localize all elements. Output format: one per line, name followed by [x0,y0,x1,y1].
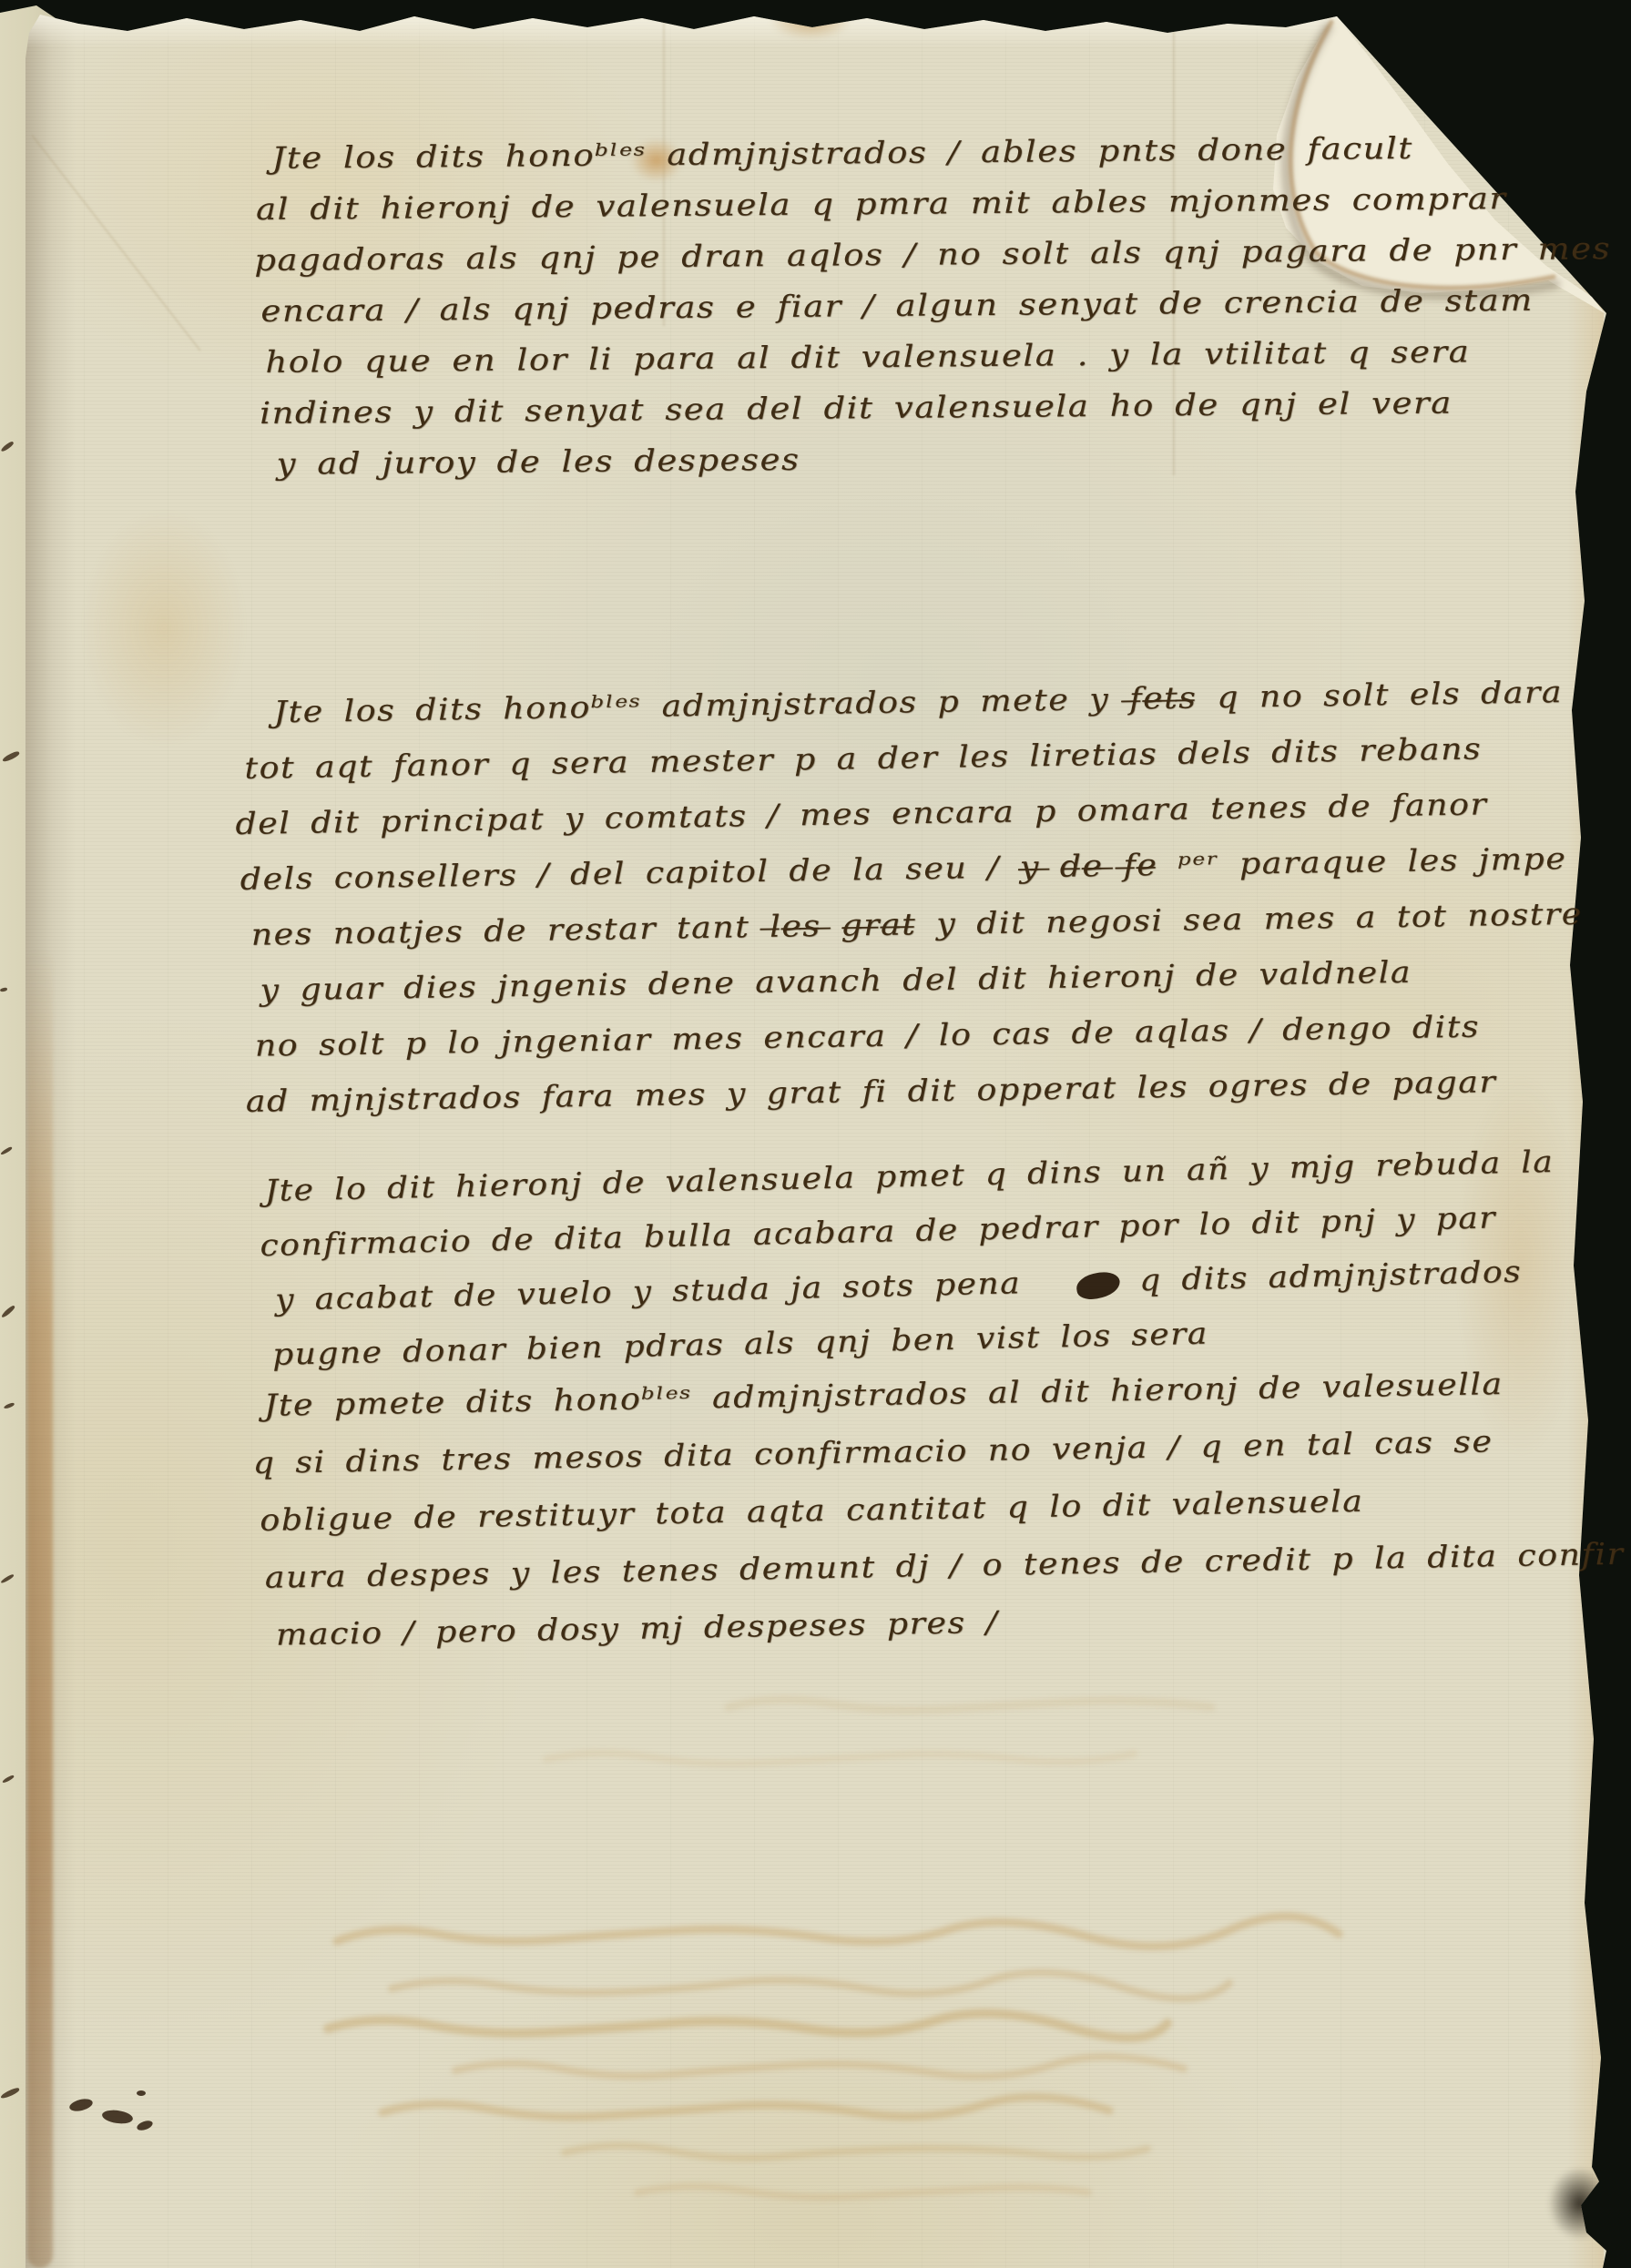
paragraph-3: Jte lo dit hieronj de valensuela pmet q … [264,1134,1558,1382]
ink-speck [101,2109,134,2126]
ink-speck [137,2090,146,2096]
stain [1548,2167,1612,2240]
gutter-stain [27,947,53,2268]
stain [82,510,246,747]
ink-speck [136,2119,154,2132]
paragraph-2: Jte los dits honoᵇˡᵉˢ admjnjstrados p me… [233,664,1585,1129]
crease-line [31,135,200,351]
paragraph-4: Jte pmete dits honoᵇˡᵉˢ admjnjstrados al… [251,1353,1626,1663]
ink-speck [68,2097,94,2113]
stain [770,4,851,40]
paragraph-1: Jte los dits honoᵇˡᵉˢ admjnjstrados / ab… [253,121,1613,490]
manuscript-photo: Jte los dits honoᵇˡᵉˢ admjnjstrados / ab… [0,0,1631,2268]
